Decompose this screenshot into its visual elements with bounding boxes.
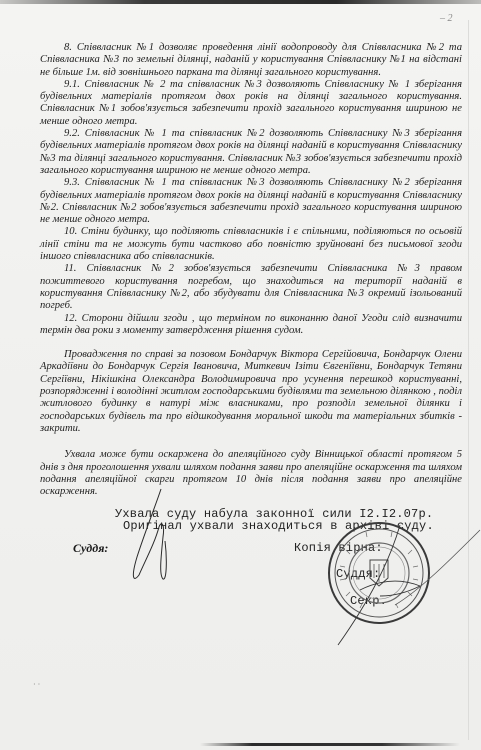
paper-speck: · ·	[33, 680, 40, 689]
page-number-mark: – 2	[440, 13, 453, 24]
agreement-terms: 8. Співвласник №1 дозволяє проведення лі…	[40, 42, 462, 498]
judge-signature-label: Суддя:	[73, 541, 108, 556]
paragraph-9-2: 9.2. Співвласник № 1 та співвласник №2 д…	[40, 128, 462, 177]
page-right-edge	[468, 20, 469, 740]
court-seal-icon	[326, 520, 432, 626]
paragraph-appeal: Ухвала може бути оскаржена до апеляційно…	[40, 449, 462, 498]
paragraph-10: 10. Стіни будинку, що поділяють співвлас…	[40, 226, 462, 263]
document-page: – 2 8. Співвласник №1 дозволяє проведенн…	[0, 0, 481, 750]
page-top-edge	[0, 0, 481, 4]
paragraph-8: 8. Співвласник №1 дозволяє проведення лі…	[40, 42, 462, 79]
paragraph-9-1: 9.1. Співвласник № 2 та співвласник №3 д…	[40, 79, 462, 128]
paragraph-proceedings-closed: Провадження по справі за позовом Бондарч…	[40, 349, 462, 435]
paragraph-12: 12. Сторони дійшли згоди , що терміном п…	[40, 313, 462, 338]
paragraph-9-3: 9.3. Співвласник № 1 та співвласник №3 д…	[40, 177, 462, 226]
paragraph-11: 11. Співвласник №2 зобов'язується забезп…	[40, 263, 462, 312]
page-bottom-edge	[200, 743, 460, 746]
judge-signature-icon	[125, 487, 185, 587]
